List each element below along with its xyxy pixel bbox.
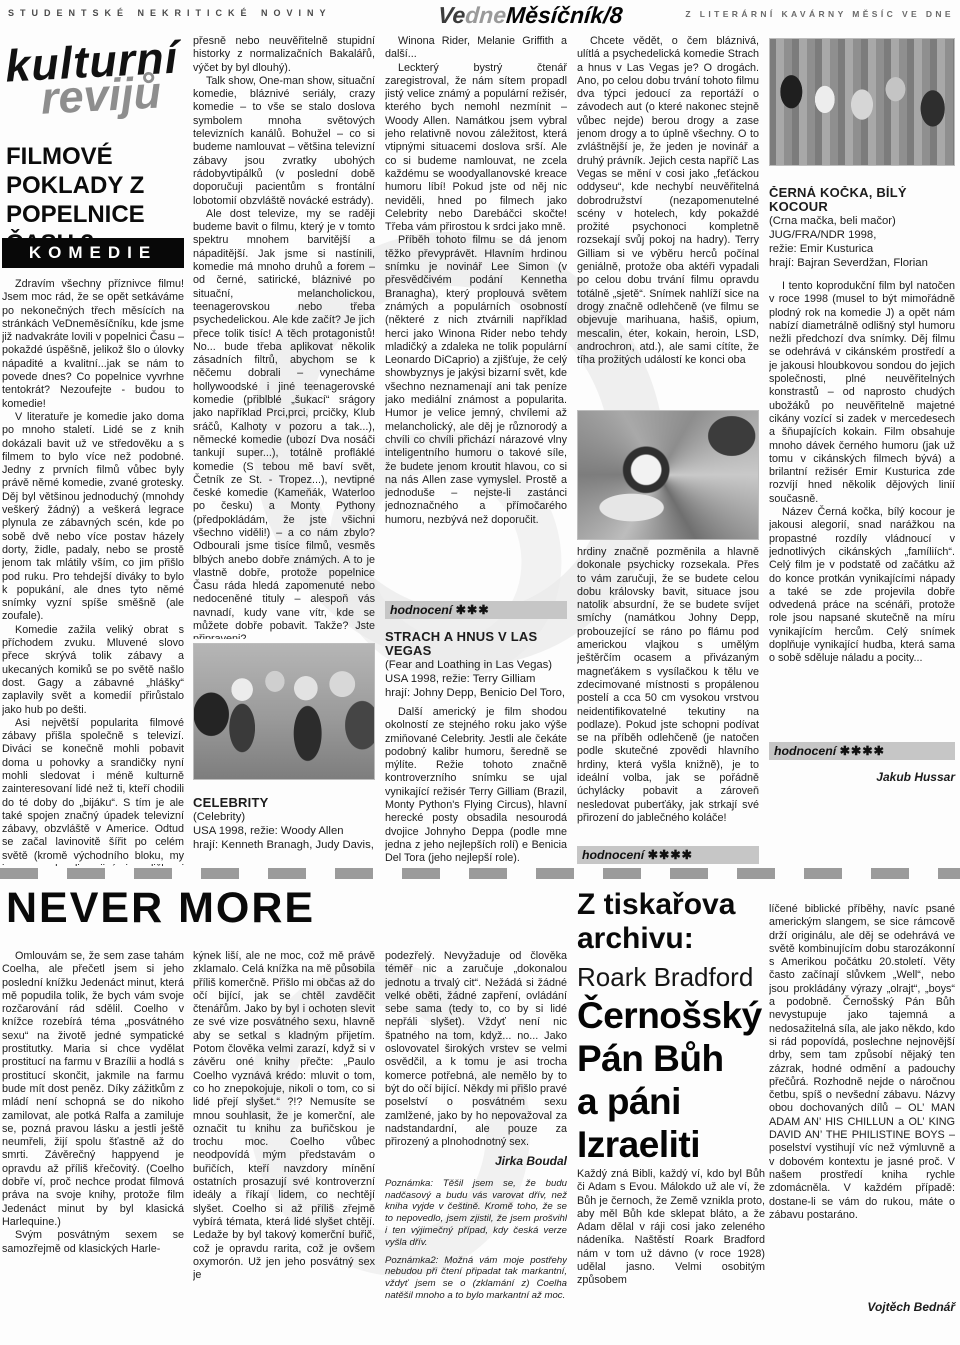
film-credit-line: USA 1998, režie: Terry Gilliam — [385, 672, 567, 686]
rating-label: hodnocení — [774, 744, 836, 758]
masthead-left-text: STUDENTSKÉ NEKRITICKÉ NOVINY — [8, 8, 332, 18]
archive-author: Roark Bradford — [577, 960, 772, 994]
archive-article-col2: líčené biblické příběhy, navíc psané ame… — [769, 903, 955, 1295]
rating-label: hodnocení — [390, 603, 452, 617]
rating-badge-cerna-kocka: hodnocení ✱✱✱✱ — [769, 742, 955, 760]
film-credit-line: JUG/FRA/NDR 1998, — [769, 228, 955, 242]
film-credit-line: režie: Emir Kusturica — [769, 242, 955, 256]
archive-title-line2: Pán Bůh — [577, 1037, 772, 1080]
never-more-col2: kýnek liší, ale ne moc, což mě právě zkl… — [193, 950, 375, 1342]
paragraph: podezřelý. Nevyžaduje od člověka téměř n… — [385, 950, 567, 1149]
film-article-col3-cont: Další americký je film shodou okolností … — [385, 706, 567, 866]
masthead-logo-part1: Ve — [437, 2, 466, 28]
archive-title-line1: Černošský — [577, 994, 772, 1037]
author-signature-jakub-hussar: Jakub Hussar — [769, 770, 955, 784]
film-credit-line: hrají: Kenneth Branagh, Judy Davis, — [193, 838, 375, 852]
rating-badge-celebrity: hodnocení ✱✱✱ — [385, 601, 567, 619]
rating-label: hodnocení — [582, 848, 644, 862]
fear-and-loathing-artwork-photo — [577, 410, 759, 540]
masthead-logo: VedneMěsíčník/8 — [437, 2, 623, 29]
archive-kicker-line1: Z tiskařova — [577, 888, 772, 922]
celebrity-film-photo — [193, 643, 375, 780]
film-article-col4: Chcete vědět, o čem bláznivá, ulítlá a p… — [577, 35, 759, 407]
section-divider — [0, 868, 960, 879]
headline-never-more: NEVER MORE — [6, 884, 315, 933]
paragraph: kýnek liší, ale ne moc, což mě právě zkl… — [193, 950, 375, 1282]
archive-title-line4: Izraeliti — [577, 1123, 772, 1166]
paragraph: Svým posvátným sexem se samozřejmě od kl… — [2, 1229, 184, 1256]
paragraph: Další americký je film shodou okolností … — [385, 706, 567, 866]
revue-logo: kulturní revijů — [4, 35, 184, 120]
archive-article-col1: Každý zná Bibli, každý ví, kdo byl Bůh č… — [577, 1168, 765, 1344]
masthead-logo-part3: Měsíčník/8 — [505, 2, 623, 28]
film-credit-line: Adjini a další — [769, 270, 955, 272]
author-signature-vojtech-bednar: Vojtěch Bednář — [769, 1300, 955, 1314]
film-article-col3: Winona Rider, Melanie Griffith a další..… — [385, 35, 567, 597]
film-title-celebrity: CELEBRITY — [193, 796, 375, 810]
paragraph: přesně nebo neuvěřitelně stupidní histor… — [193, 35, 375, 75]
paragraph: Příběh tohoto filmu se dá jenom těžko př… — [385, 234, 567, 527]
footnote-2: Poznámka2: Možná vám moje postřehy nebud… — [385, 1255, 567, 1302]
archive-kicker-line2: archivu: — [577, 922, 772, 956]
film-original-title: (Crna mačka, beli mačor) — [769, 214, 955, 228]
film-article-col1: Zdravím všechny příznivce filmu! Jsem mo… — [2, 278, 184, 866]
film-credits-cerna-kocka: ČERNÁ KOČKA, BÍLÝ KOCOUR (Crna mačka, be… — [769, 186, 955, 272]
paragraph: V literatuře je komedie jako doma po mno… — [2, 411, 184, 624]
film-original-title: (Fear and Loathing in Las Vegas) — [385, 658, 567, 672]
paragraph: I tento koprodukční film byl natočen v r… — [769, 280, 955, 506]
film-article-col2: přesně nebo neuvěřitelně stupidní histor… — [193, 35, 375, 639]
paragraph: Asi největší popularita filmové zábavy p… — [2, 717, 184, 866]
film-title-cerna-kocka: ČERNÁ KOČKA, BÍLÝ KOCOUR — [769, 186, 955, 214]
rating-stars: ✱✱✱✱ — [840, 744, 885, 758]
footnote-1: Poznámka: Těšil jsem se, že budu nadčaso… — [385, 1178, 567, 1249]
paragraph: Zdravím všechny příznivce filmu! Jsem mo… — [2, 278, 184, 411]
black-cat-white-cat-photo — [769, 38, 955, 166]
paragraph: Leckterý bystrý čtenář zaregistroval, že… — [385, 62, 567, 235]
archive-headline-block: Z tiskařova archivu: Roark Bradford Čern… — [577, 888, 772, 1166]
section-banner-komedie: KOMEDIE — [2, 238, 184, 268]
film-credit-line: Christina Ricci, Tobby McGuire a další — [385, 700, 567, 702]
paragraph: Komedie zažila veliký obrat s příchodem … — [2, 624, 184, 717]
never-more-col3: podezřelý. Nevyžaduje od člověka téměř n… — [385, 950, 567, 1342]
rating-badge-strach-a-hnus: hodnocení ✱✱✱✱ — [577, 846, 759, 864]
never-more-col1: Omlouvám se, že sem zase tahám Coelha, a… — [2, 950, 184, 1342]
film-credits-celebrity: CELEBRITY (Celebrity) USA 1998, režie: W… — [193, 796, 375, 866]
masthead-right-text: Z LITERÁRNÍ KAVÁRNY MĚSÍC VE DNE — [685, 9, 954, 19]
paragraph: hrdiny značně pozměnila a hlavně dokonal… — [577, 546, 759, 825]
paragraph: Omlouvám se, že sem zase tahám Coelha, a… — [2, 950, 184, 1229]
paragraph: Talk show, One-man show, situační komedi… — [193, 75, 375, 208]
paragraph: Ale dost televize, my se raději budeme b… — [193, 208, 375, 639]
paragraph: Chcete vědět, o čem bláznivá, ulítlá a p… — [577, 35, 759, 367]
rating-stars: ✱✱✱ — [456, 603, 490, 617]
film-credit-line: Winona Rider, Melanie Griffith a další..… — [385, 35, 567, 62]
film-original-title: (Celebrity) — [193, 810, 375, 824]
film-article-col5: I tento koprodukční film byl natočen v r… — [769, 280, 955, 738]
rating-stars: ✱✱✱✱ — [648, 848, 693, 862]
paragraph: líčené biblické příběhy, navíc psané ame… — [769, 903, 955, 1222]
footnotes: Poznámka: Těšil jsem se, že budu nadčaso… — [385, 1178, 567, 1302]
film-credit-line: hrají: Bajran Severdžan, Florian — [769, 256, 955, 270]
film-credit-line: USA 1998, režie: Woody Allen — [193, 824, 375, 838]
masthead-logo-part2: dne — [464, 2, 507, 28]
film-article-col4-cont: hrdiny značně pozměnila a hlavně dokonal… — [577, 546, 759, 842]
film-credit-line: hrají: Johny Depp, Benicio Del Toro, — [385, 686, 567, 700]
paragraph: Název Černá kočka, bílý kocour je jakous… — [769, 506, 955, 666]
paragraph: Každý zná Bibli, každý ví, kdo byl Bůh č… — [577, 1168, 765, 1288]
archive-title-line3: a páni — [577, 1080, 772, 1123]
author-signature-jirka-boudal: Jirka Boudal — [385, 1155, 567, 1168]
film-title-strach-a-hnus: STRACH A HNUS V LAS VEGAS — [385, 630, 567, 658]
film-credits-strach-a-hnus: STRACH A HNUS V LAS VEGAS (Fear and Loat… — [385, 630, 567, 702]
